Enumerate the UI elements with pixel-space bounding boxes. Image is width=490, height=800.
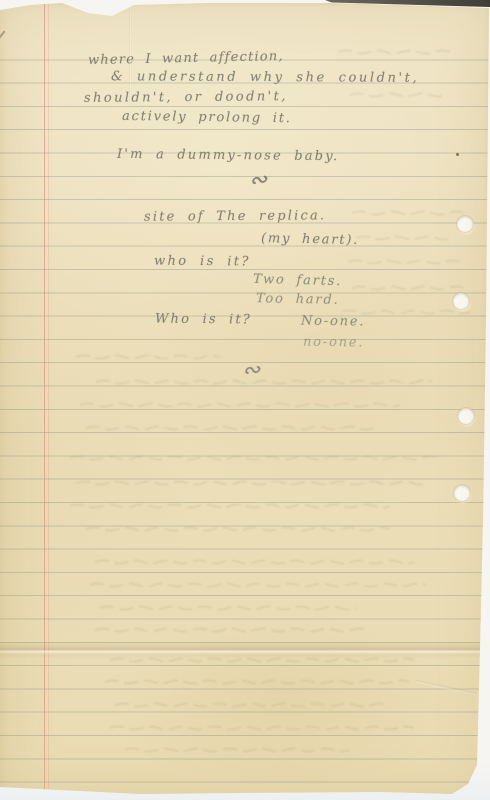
punch-hole [458,408,474,424]
handwritten-line: who is it? [154,255,251,270]
handwritten-line: shouldn't, or doodn't, [84,90,288,106]
punch-hole [457,216,473,232]
scanned-page-background: where I want affection, & understand why… [0,0,490,800]
handwritten-line: (my heart). [261,232,359,248]
section-divider-squiggle: ∾ [241,358,261,383]
punch-hole [454,485,470,501]
handwritten-line: I'm a dummy-nose baby. [117,148,340,165]
manuscript-page: where I want affection, & understand why… [0,0,490,800]
handwritten-line: no-one. [303,336,364,351]
handwritten-line: site of The replica. [144,209,326,225]
punch-hole [453,293,469,309]
handwritten-line: & understand why she couldn't, [111,70,419,86]
handwritten-line: Who is it? [155,313,252,328]
paper-speck [456,153,459,156]
handwritten-line: where I want affection, [88,50,284,68]
handwritten-line: No-one. [301,315,365,330]
handwritten-line: Two farts. [253,273,342,290]
section-divider-squiggle: ∾ [248,168,269,194]
handwritten-line: actively prolong it. [122,110,292,127]
handwritten-line: Too hard. [256,292,340,308]
